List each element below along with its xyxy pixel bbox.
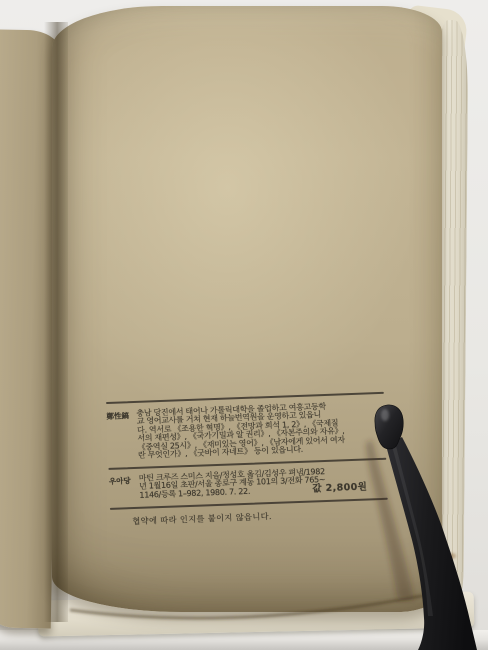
imprint-note: 협약에 따라 인지를 붙이지 않읍니다. [132, 506, 392, 527]
price-label: 값 2,800원 [312, 479, 367, 495]
translator-name-hanja: 鄭性鎬 [106, 409, 138, 462]
book-gutter-shadow [44, 22, 68, 622]
publisher-section: 우아당 마틴 크루즈 스미스 지음/정성호 옮김/김성우 펴냄/1982 년 1… [109, 465, 392, 501]
translator-bio: 충남 당진에서 태어나 가톨릭대학을 졸업하고 여흥고등학 교 영어교사를 거쳐… [136, 400, 390, 461]
translator-section: 鄭性鎬 충남 당진에서 태어나 가톨릭대학을 졸업하고 여흥고등학 교 영어교사… [106, 400, 390, 462]
colophon-block: 鄭性鎬 충남 당진에서 태어나 가톨릭대학을 졸업하고 여흥고등학 교 영어교사… [106, 392, 392, 528]
photo-scene: 鄭性鎬 충남 당진에서 태어나 가톨릭대학을 졸업하고 여흥고등학 교 영어교사… [0, 0, 488, 650]
right-page: 鄭性鎬 충남 당진에서 태어나 가톨릭대학을 졸업하고 여흥고등학 교 영어교사… [52, 6, 442, 612]
publisher-name: 우아당 [109, 474, 140, 501]
